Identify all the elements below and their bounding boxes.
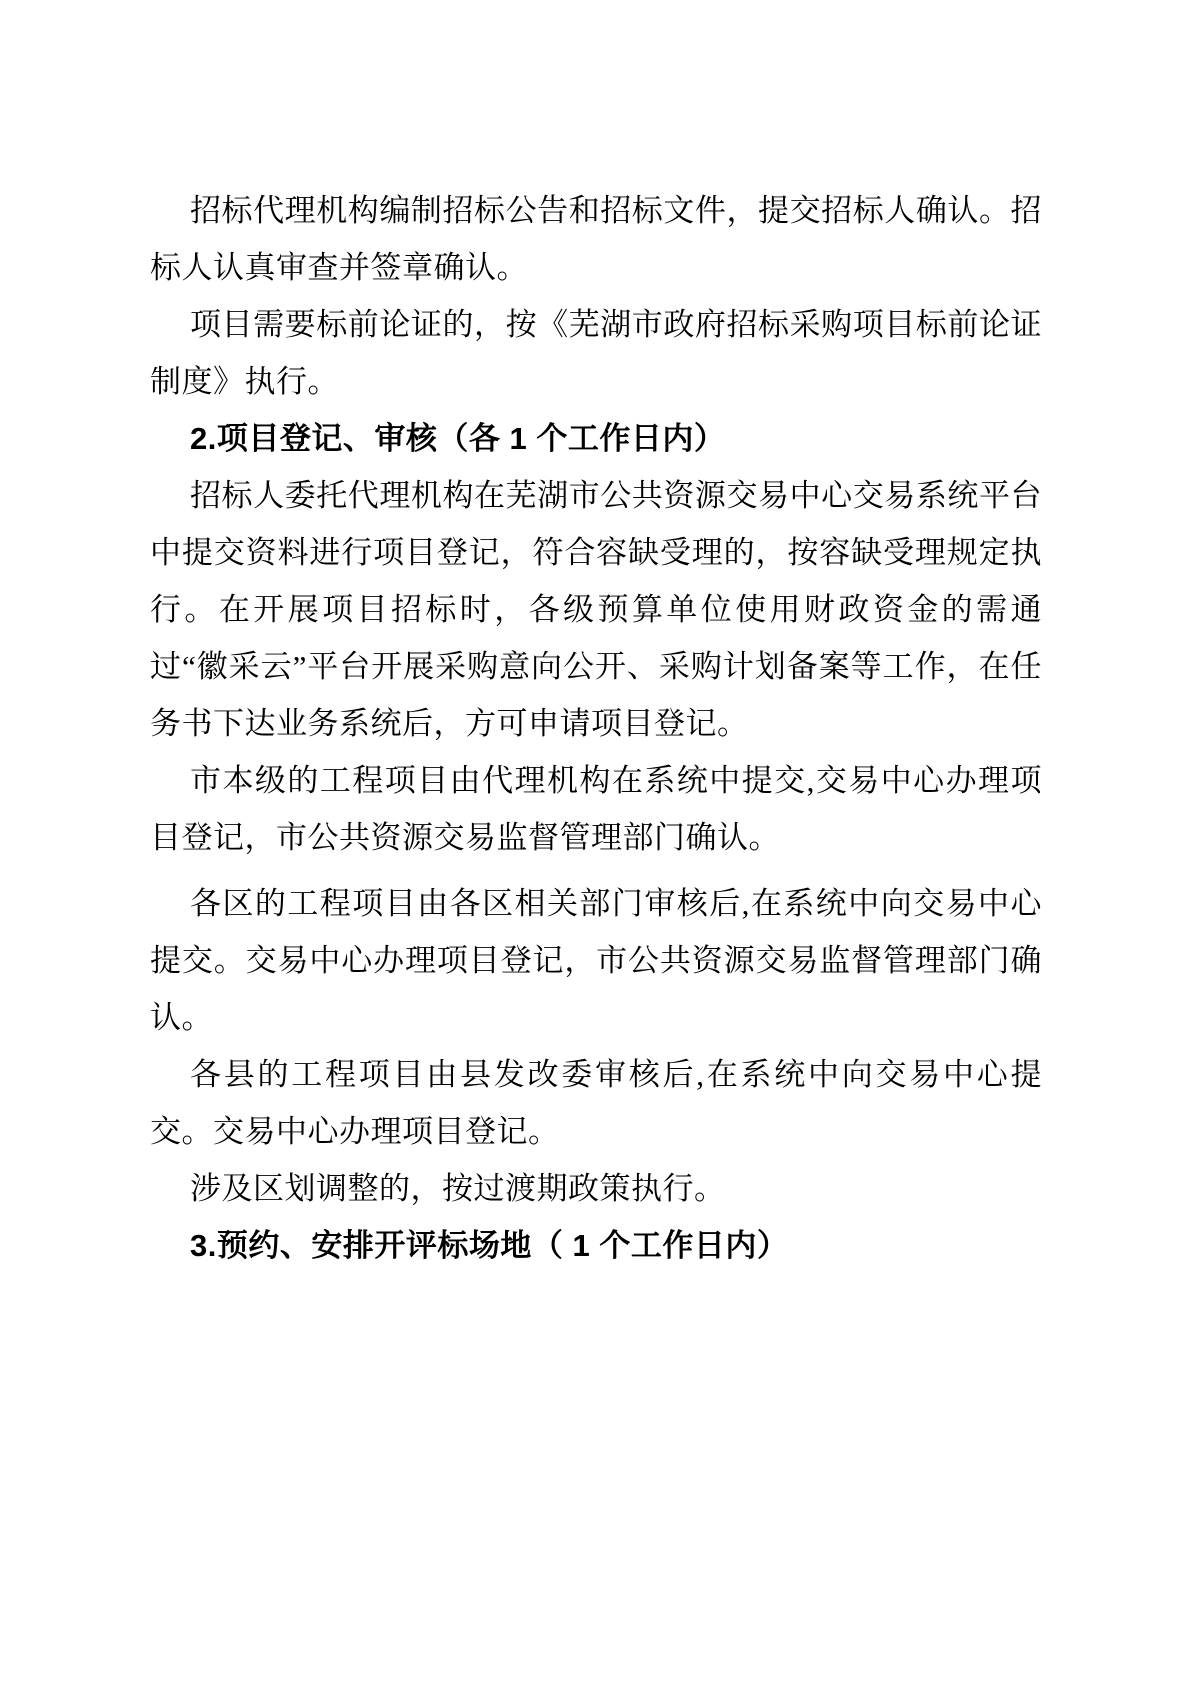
document-page: 招标代理机构编制招标公告和招标文件，提交招标人确认。招标人认真审查并签章确认。 … xyxy=(0,0,1190,1683)
section-heading: 2.项目登记、审核（各 1 个工作日内） xyxy=(150,410,1042,467)
paragraph: 各县的工程项目由县发改委审核后,在系统中向交易中心提交。交易中心办理项目登记。 xyxy=(150,1046,1042,1160)
paragraph: 市本级的工程项目由代理机构在系统中提交,交易中心办理项目登记，市公共资源交易监督… xyxy=(150,752,1042,866)
document-body: 招标代理机构编制招标公告和招标文件，提交招标人确认。招标人认真审查并签章确认。 … xyxy=(150,182,1042,1274)
paragraph: 各区的工程项目由各区相关部门审核后,在系统中向交易中心提交。交易中心办理项目登记… xyxy=(150,875,1042,1046)
paragraph: 招标代理机构编制招标公告和招标文件，提交招标人确认。招标人认真审查并签章确认。 xyxy=(150,182,1042,296)
paragraph: 涉及区划调整的，按过渡期政策执行。 xyxy=(150,1160,1042,1217)
paragraph: 招标人委托代理机构在芜湖市公共资源交易中心交易系统平台中提交资料进行项目登记，符… xyxy=(150,467,1042,752)
section-heading: 3.预约、安排开评标场地（ 1 个工作日内） xyxy=(150,1217,1042,1274)
paragraph: 项目需要标前论证的，按《芜湖市政府招标采购项目标前论证制度》执行。 xyxy=(150,296,1042,410)
